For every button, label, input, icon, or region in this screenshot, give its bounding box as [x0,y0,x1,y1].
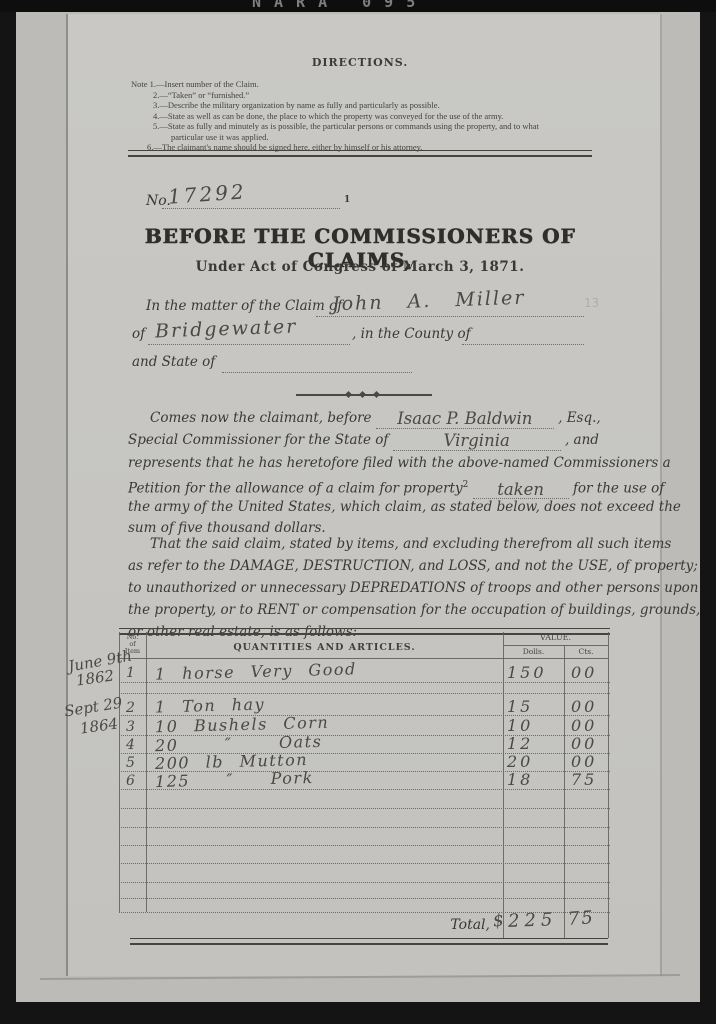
directions-notes: Note 1.—Insert number of the Claim. 2.—“… [131,79,601,153]
table-row: 3 10 Bushels Corn 10 00 [119,715,610,736]
items-clause-line-2: as refer to the DAMAGE, DESTRUCTION, and… [128,556,698,576]
note-line: 5.—State as fully and minutely as is pos… [153,121,601,132]
note-line: particular use it was applied. [171,132,601,143]
petition-line-4-pre: Petition for the allowance of a claim fo… [128,481,463,497]
divider-diamond [345,391,352,398]
of-label: of [132,326,145,342]
row-article: 1 Ton hay [155,697,265,716]
col-articles-header: QUANTITIES AND ARTICLES. [146,642,503,653]
empty-table-row [119,845,610,864]
scanned-document: NARA 095 DIRECTIONS. Note 1.—Insert numb… [0,0,716,1024]
table-row: 4 20 ″ Oats 12 00 [119,735,610,754]
row-cts: 75 [571,772,597,788]
empty-table-row [119,863,610,883]
form-subtitle: Under Act of Congress of March 3, 1871. [119,259,601,275]
total-label: Total, [420,917,490,933]
row-no: 1 [126,666,138,680]
petition-line-3: represents that he has heretofore filed … [128,453,671,473]
row-no: 6 [126,774,138,788]
empty-table-row [119,882,610,899]
divider-diamond [373,391,380,398]
table-row: 5 200 lb Mutton 20 00 [119,753,610,772]
property-footnote: 2 [463,480,469,490]
row-cts: 00 [571,754,597,770]
divider-diamond [359,391,366,398]
row-dolls: 10 [507,718,533,734]
row-cts: 00 [571,736,597,752]
row-dolls: 20 [507,754,533,770]
directions-title: DIRECTIONS. [119,56,601,69]
total-cts: 75 [567,909,595,929]
note-line: 4.—State as well as can be done, the pla… [153,111,601,122]
row-no: 4 [126,738,138,752]
petition-line-2-pre: Special Commissioner for the State of [128,432,388,448]
row-dolls: 15 [507,699,533,715]
commissioner-name: Isaac P. Baldwin [376,411,554,429]
row-no: 3 [126,720,138,734]
petition-line-2-post: , and [565,432,599,448]
col-cts-header: Cts. [564,648,608,655]
row-cts: 00 [571,699,597,715]
commissioner-state: Virginia [393,433,561,451]
col-value-header: VALUE. [503,634,608,641]
row-cts: 00 [571,665,597,681]
petition-line-4: Petition for the allowance of a claim fo… [128,475,664,499]
header-bottom-line [119,658,608,659]
margin-mark: 13 [584,296,599,310]
scan-top-bar-text: NARA 095 [252,0,428,11]
state-blank [222,354,412,373]
items-clause-line-3: to unauthorized or unnecessary DEPREDATI… [128,578,698,598]
petition-line-1: Comes now the claimant, before Isaac P. … [150,408,601,428]
petition-line-2: Special Commissioner for the State of Vi… [128,430,599,450]
county-label: , in the County of [352,326,471,342]
empty-table-row [119,808,610,828]
items-clause-line-1: That the said claim, stated by items, an… [150,534,671,554]
empty-table-row [119,827,610,846]
table-bottom-rule [130,938,608,945]
table-row: 2 1 Ton hay 15 00 [119,693,610,716]
double-rule-top [128,150,592,157]
row-dolls: 12 [507,736,533,752]
claim-no-footnote: 1 [344,195,350,205]
scan-top-bar: NARA 095 [0,0,716,12]
row-article: 125 ″ Pork [155,770,314,790]
table-row: 6 125 ″ Pork 18 75 [119,771,610,790]
row-dolls: 18 [507,772,533,788]
section-divider [296,392,432,398]
note-line: 2.—“Taken” or “furnished.” [153,90,601,101]
table-row: 1 1 horse Very Good 150 00 [119,662,610,683]
value-header-underline [503,645,608,646]
row-no: 2 [126,701,138,715]
row-article: 1 horse Very Good [155,661,357,682]
note-line: Note 1.—Insert number of the Claim. [131,79,601,90]
state-label: and State of [132,354,215,370]
empty-table-row [119,789,610,809]
note-line: 3.—Describe the military organization by… [153,100,601,111]
claim-number-handwritten: 17292 [167,181,247,206]
claimant-town: Bridgewater [155,318,298,342]
petition-line-1-post: , Esq., [558,410,601,426]
total-dolls: 225 [508,911,558,931]
row-no: 5 [126,756,138,770]
col-dolls-header: Dolls. [503,648,564,655]
petition-line-5: the army of the United States, which cla… [128,497,681,517]
petition-line-1-pre: Comes now the claimant, before [150,410,372,426]
row-cts: 00 [571,718,597,734]
county-blank [462,326,584,345]
petition-line-4-post: for the use of [573,481,664,497]
total-currency: $ [492,912,505,930]
row-dolls: 150 [507,665,547,681]
items-clause-line-4: the property, or to RENT or compensation… [128,600,700,620]
matter-prefix: In the matter of the Claim of [146,298,342,314]
